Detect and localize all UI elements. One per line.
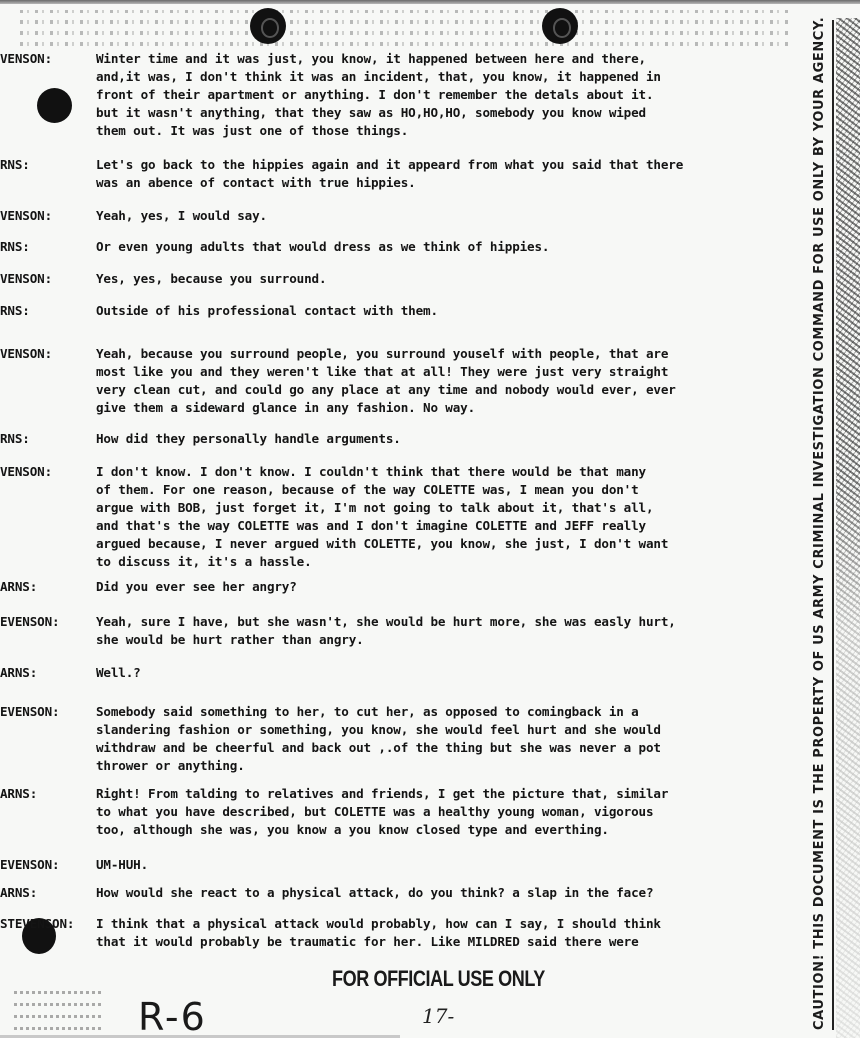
utterance-text: and,it was, I don't think it was an inci… (96, 68, 661, 86)
utterance-text: to what you have described, but COLETTE … (96, 803, 653, 821)
handwritten-label: R-6 (138, 995, 207, 1038)
utterance-text: them out. It was just one of those thing… (96, 122, 408, 140)
side-edge-texture (836, 18, 860, 1038)
utterance-text: that it would probably be traumatic for … (96, 933, 639, 951)
utterance-text: Or even young adults that would dress as… (96, 238, 549, 256)
speaker-label: EVENSON: (0, 856, 95, 874)
punch-hole-icon (542, 8, 578, 44)
utterance-text: she would be hurt rather than angry. (96, 631, 364, 649)
utterance-text: I think that a physical attack would pro… (96, 915, 661, 933)
utterance-text: argue with BOB, just forget it, I'm not … (96, 499, 653, 517)
speaker-label: STEVENSON: (0, 915, 95, 933)
utterance-text: Winter time and it was just, you know, i… (96, 50, 646, 68)
utterance-text: I don't know. I don't know. I couldn't t… (96, 463, 646, 481)
utterance-text: Outside of his professional contact with… (96, 302, 438, 320)
illegible-corner-mark (14, 990, 104, 1030)
speaker-label: VENSON: (0, 345, 95, 363)
utterance-text: Somebody said something to her, to cut h… (96, 703, 639, 721)
utterance-text: too, although she was, you know a you kn… (96, 821, 609, 839)
speaker-label: VENSON: (0, 463, 95, 481)
speaker-label: EVENSON: (0, 613, 95, 631)
utterance-text: thrower or anything. (96, 757, 245, 775)
utterance-text: Let's go back to the hippies again and i… (96, 156, 683, 174)
page-number: 17- (422, 1004, 454, 1028)
top-edge-rule (0, 0, 860, 4)
caution-side-stamp: CAUTION! THIS DOCUMENT IS THE PROPERTY O… (812, 17, 827, 1030)
speaker-label: ARNS: (0, 578, 95, 596)
speaker-label: RNS: (0, 430, 95, 448)
side-stamp-rule (832, 20, 834, 1030)
speaker-label: EVENSON: (0, 703, 95, 721)
punch-hole-icon (37, 88, 72, 123)
utterance-text: slandering fashion or something, you kno… (96, 721, 661, 739)
utterance-text: but it wasn't anything, that they saw as… (96, 104, 646, 122)
speaker-label: ARNS: (0, 884, 95, 902)
utterance-text: How did they personally handle arguments… (96, 430, 401, 448)
speaker-label: RNS: (0, 238, 95, 256)
speaker-label: VENSON: (0, 50, 95, 68)
utterance-text: Yes, yes, because you surround. (96, 270, 326, 288)
utterance-text: of them. For one reason, because of the … (96, 481, 639, 499)
utterance-text: front of their apartment or anything. I … (96, 86, 653, 104)
illegible-header-text (20, 10, 790, 46)
utterance-text: Well.? (96, 664, 141, 682)
utterance-text: Right! From talding to relatives and fri… (96, 785, 668, 803)
utterance-text: Yeah, yes, I would say. (96, 207, 267, 225)
speaker-label: RNS: (0, 302, 95, 320)
official-use-stamp: FOR OFFICIAL USE ONLY (332, 966, 545, 992)
speaker-label: VENSON: (0, 207, 95, 225)
utterance-text: Did you ever see her angry? (96, 578, 297, 596)
speaker-label: VENSON: (0, 270, 95, 288)
speaker-label: ARNS: (0, 785, 95, 803)
utterance-text: and that's the way COLETTE was and I don… (96, 517, 646, 535)
utterance-text: argued because, I never argued with COLE… (96, 535, 668, 553)
utterance-text: Yeah, sure I have, but she wasn't, she w… (96, 613, 676, 631)
utterance-text: UM-HUH. (96, 856, 148, 874)
utterance-text: most like you and they weren't like that… (96, 363, 668, 381)
utterance-text: give them a sideward glance in any fashi… (96, 399, 475, 417)
speaker-label: ARNS: (0, 664, 95, 682)
speaker-label: RNS: (0, 156, 95, 174)
utterance-text: very clean cut, and could go any place a… (96, 381, 676, 399)
utterance-text: was an abence of contact with true hippi… (96, 174, 416, 192)
utterance-text: How would she react to a physical attack… (96, 884, 653, 902)
utterance-text: to discuss it, it's a hassle. (96, 553, 312, 571)
utterance-text: Yeah, because you surround people, you s… (96, 345, 668, 363)
punch-hole-icon (250, 8, 286, 44)
utterance-text: withdraw and be cheerful and back out ,.… (96, 739, 661, 757)
